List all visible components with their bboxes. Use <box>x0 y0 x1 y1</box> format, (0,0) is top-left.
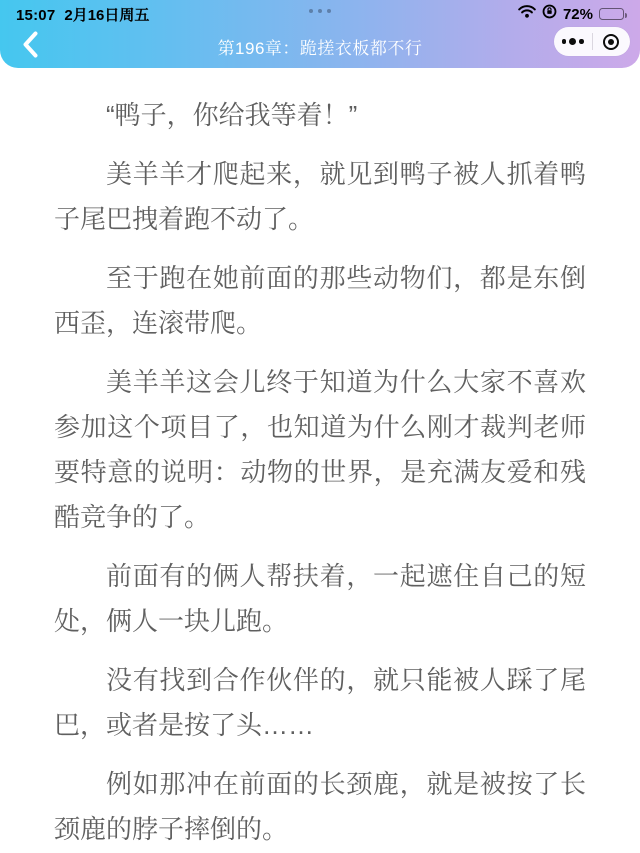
status-bar: 15:07 2月16日周五 72% <box>0 0 640 24</box>
novel-paragraph: 没有找到合作伙伴的，就只能被人踩了尾巴，或者是按了头…… <box>54 658 586 748</box>
battery-cap <box>625 13 627 18</box>
status-left: 15:07 2月16日周五 <box>16 4 149 25</box>
novel-paragraph: “鸭子，你给我等着！” <box>54 93 586 138</box>
status-right: 72% <box>518 4 624 24</box>
more-dots-icon <box>562 38 584 45</box>
clock: 15:07 <box>16 7 55 24</box>
reading-area[interactable]: “鸭子，你给我等着！” 美羊羊才爬起来，就见到鸭子被人抓着鸭子尾巴拽着跑不动了。… <box>0 68 640 852</box>
battery-percent-label: 72% <box>563 6 593 23</box>
close-home-button[interactable] <box>593 27 631 56</box>
novel-paragraph: 至于跑在她前面的那些动物们，都是东倒西歪，连滚带爬。 <box>54 256 586 346</box>
orientation-lock-icon <box>542 4 557 24</box>
more-button[interactable] <box>554 27 592 56</box>
circle-dot-home-icon <box>603 34 619 50</box>
chapter-title: 第196章：跪搓衣板都不行 <box>0 34 640 59</box>
battery-icon <box>599 8 624 20</box>
nav-bar: 第196章：跪搓衣板都不行 <box>0 24 640 68</box>
novel-paragraph: 例如那冲在前面的长颈鹿，就是被按了长颈鹿的脖子摔倒的。 <box>54 762 586 852</box>
date-label: 2月16日周五 <box>64 4 149 25</box>
novel-paragraph: 美羊羊才爬起来，就见到鸭子被人抓着鸭子尾巴拽着跑不动了。 <box>54 152 586 242</box>
novel-paragraph: 美羊羊这会儿终于知道为什么大家不喜欢参加这个项目了，也知道为什么刚才裁判老师要特… <box>54 360 586 540</box>
novel-paragraph: 前面有的俩人帮扶着，一起遮住自己的短处，俩人一块儿跑。 <box>54 554 586 644</box>
multitask-dots-icon <box>309 9 331 13</box>
miniprogram-capsule <box>554 27 630 56</box>
gradient-header: 15:07 2月16日周五 72% <box>0 0 640 68</box>
wifi-icon <box>518 5 536 23</box>
